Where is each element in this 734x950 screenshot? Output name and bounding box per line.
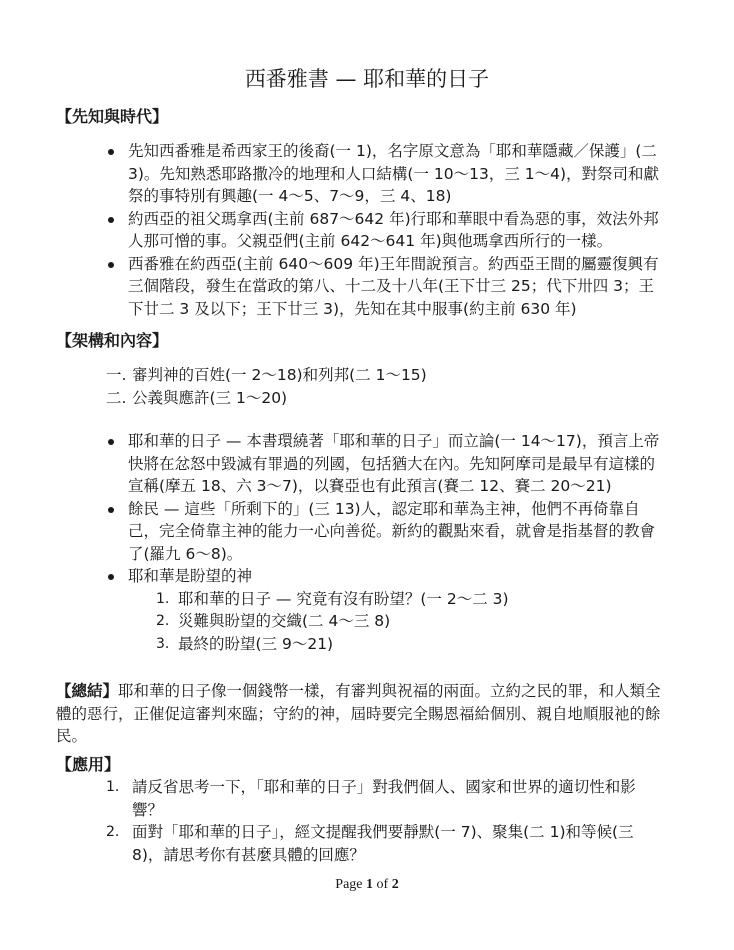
prophet-bullet-list: 先知西番雅是希西家王的後裔(一 1)，名字原文意為「耶和華隱藏／保護」(二 3)… xyxy=(100,140,665,320)
outline-item: 二. 公義與應許(三 1～20) xyxy=(106,387,666,410)
bullet-icon xyxy=(108,574,114,580)
bullet-icon xyxy=(108,262,114,268)
structure-outline: 一. 審判神的百姓(一 2～18)和列邦(二 1～15) 二. 公義與應許(三 … xyxy=(106,364,666,409)
section-heading-structure: 【架構和內容】 xyxy=(56,328,168,351)
section-heading-prophet-and-times: 【先知與時代】 xyxy=(56,104,168,127)
list-item: 西番雅在約西亞(主前 640～609 年)王年間說預言。約西亞王間的屬靈復興有三… xyxy=(100,253,665,321)
list-item: 3. 最終的盼望(三 9～21) xyxy=(128,633,665,656)
summary-paragraph: 【總結】耶和華的日子像一個錢幣一樣，有審判與祝福的兩面。立約之民的罪，和人類全體… xyxy=(56,680,676,748)
page-number-footer: Page 1 of 2 xyxy=(0,877,734,893)
hope-sublist: 1. 耶和華的日子 — 究竟有沒有盼望？(一 2～二 3) 2. 災難與盼望的交… xyxy=(128,588,665,656)
list-item: 耶和華的日子 — 本書環繞著「耶和華的日子」而立論(一 14～17)，預言上帝快… xyxy=(100,430,665,498)
summary-text: 耶和華的日子像一個錢幣一樣，有審判與祝福的兩面。立約之民的罪，和人類全體的惡行，… xyxy=(56,682,661,745)
current-page: 1 xyxy=(366,877,373,892)
list-item: 先知西番雅是希西家王的後裔(一 1)，名字原文意為「耶和華隱藏／保護」(二 3)… xyxy=(100,140,665,208)
list-item: 餘民 — 這些「所剩下的」(三 13)人，認定耶和華為主神，他們不再倚靠自己，完… xyxy=(100,498,665,566)
bullet-icon xyxy=(108,217,114,223)
bullet-icon xyxy=(108,149,114,155)
application-list: 1. 請反省思考一下，「耶和華的日子」對我們個人、國家和世界的適切性和影響？ 2… xyxy=(106,776,666,866)
list-item: 2. 災難與盼望的交織(二 4～三 8) xyxy=(128,610,665,633)
list-item: 耶和華是盼望的神 1. 耶和華的日子 — 究竟有沒有盼望？(一 2～二 3) 2… xyxy=(100,565,665,655)
bullet-icon xyxy=(108,507,114,513)
theme-bullet-list: 耶和華的日子 — 本書環繞著「耶和華的日子」而立論(一 14～17)，預言上帝快… xyxy=(100,430,665,655)
total-pages: 2 xyxy=(392,877,399,892)
list-item: 1. 請反省思考一下，「耶和華的日子」對我們個人、國家和世界的適切性和影響？ xyxy=(106,776,666,821)
bullet-icon xyxy=(108,439,114,445)
section-heading-application: 【應用】 xyxy=(56,752,120,775)
list-item: 1. 耶和華的日子 — 究竟有沒有盼望？(一 2～二 3) xyxy=(128,588,665,611)
list-item: 約西亞的祖父瑪拿西(主前 687～642 年)行耶和華眼中看為惡的事，效法外邦人… xyxy=(100,208,665,253)
document-page: 西番雅書 — 耶和華的日子 【先知與時代】 先知西番雅是希西家王的後裔(一 1)… xyxy=(0,0,734,950)
list-item: 2. 面對「耶和華的日子」，經文提醒我們要靜默(一 7)、聚集(二 1)和等候(… xyxy=(106,821,666,866)
summary-label: 【總結】 xyxy=(56,682,118,700)
outline-item: 一. 審判神的百姓(一 2～18)和列邦(二 1～15) xyxy=(106,364,666,387)
page-title: 西番雅書 — 耶和華的日子 xyxy=(0,63,734,93)
